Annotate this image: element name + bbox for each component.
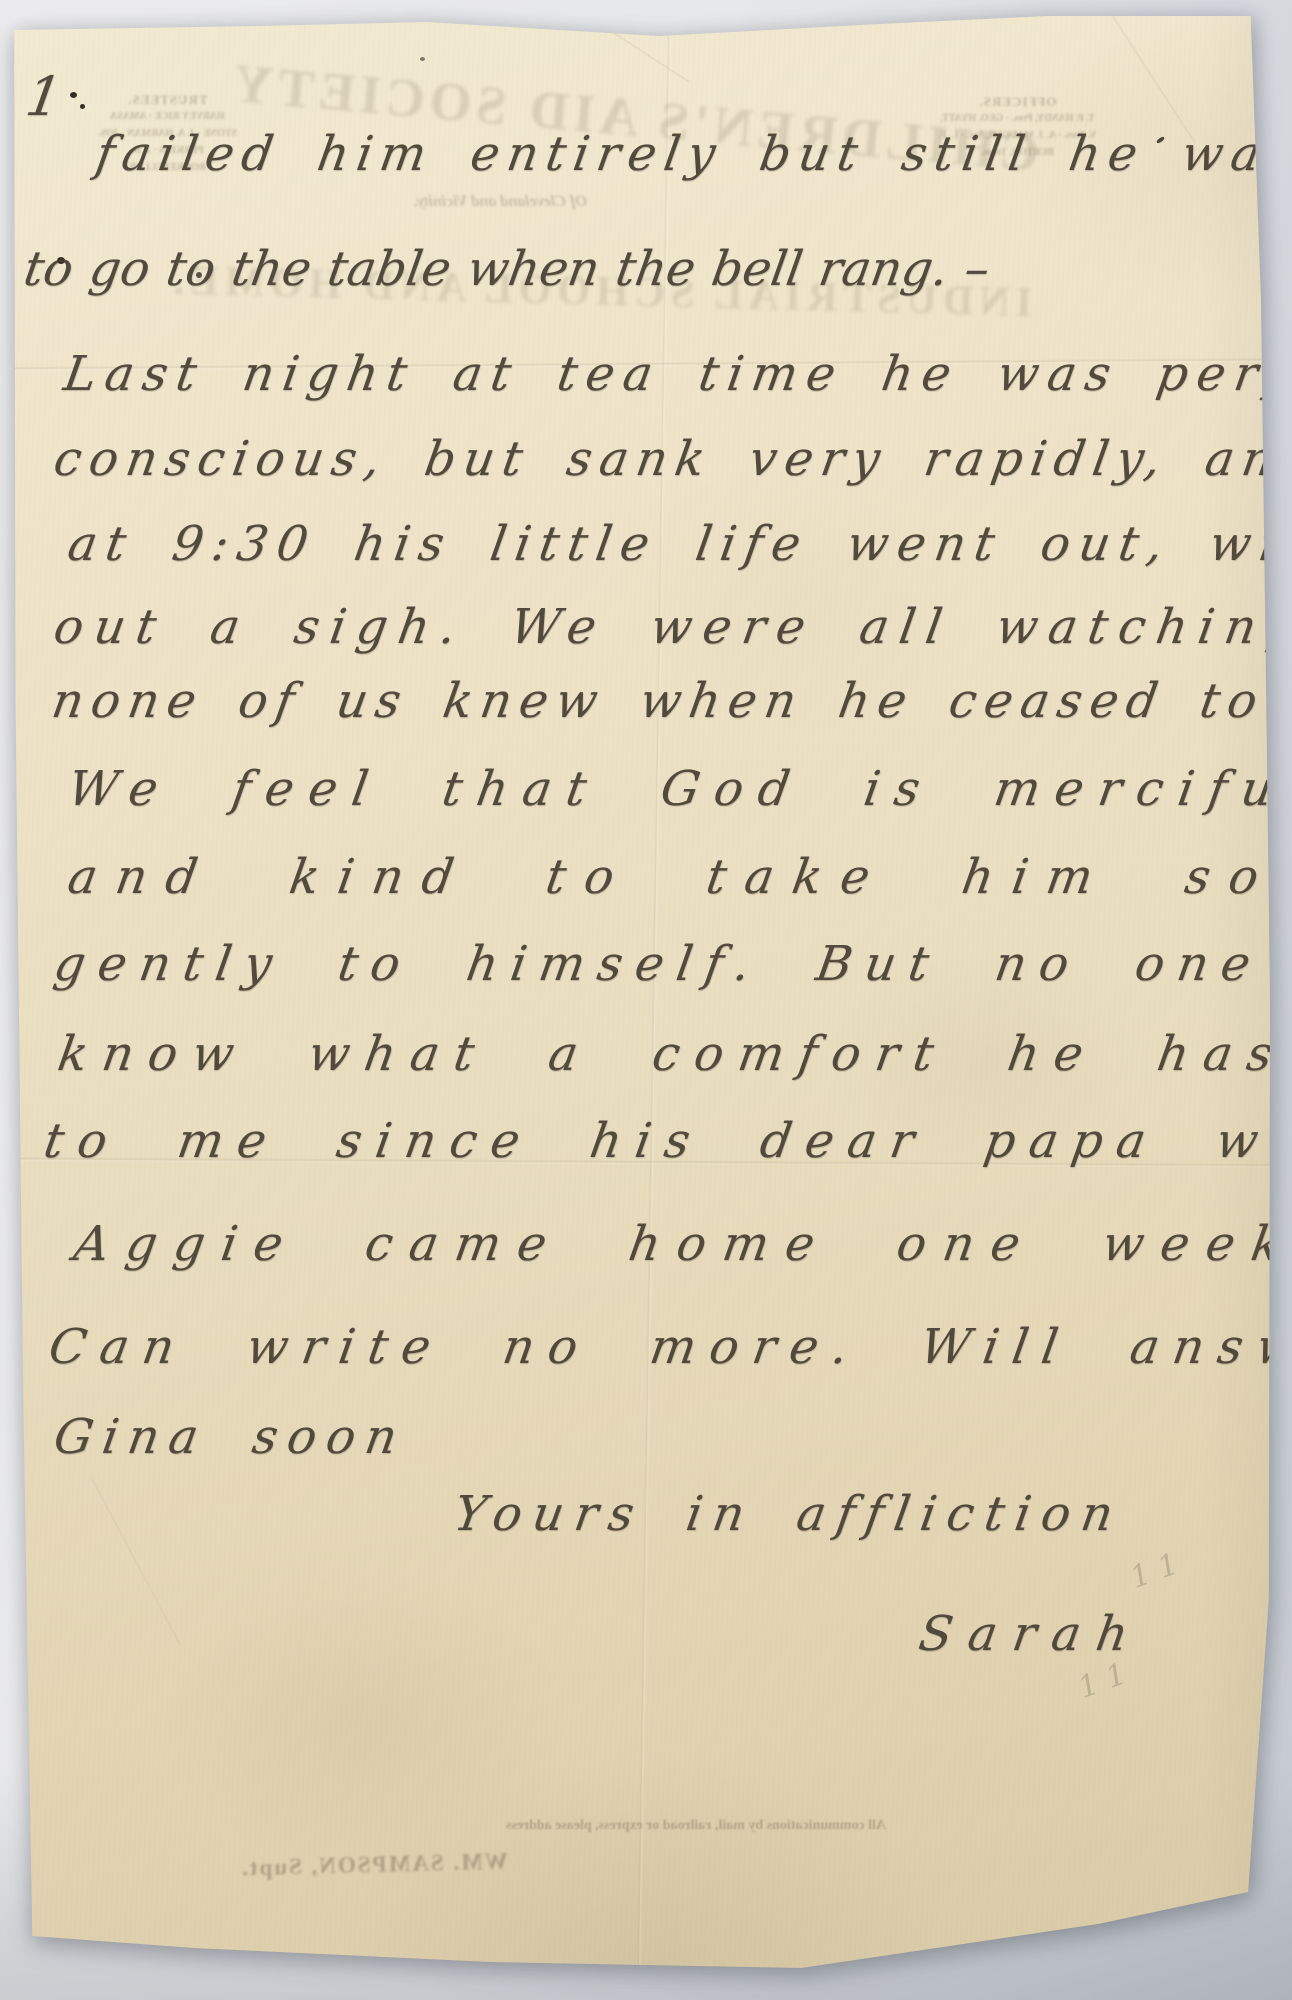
ink-speck [80,104,85,109]
handwriting-line: gently to himself. But no one can [50,935,1292,993]
handwriting-line: at 9:30 his little life went out, with- [64,515,1292,573]
handwriting-line: know what a comfort he has been [54,1025,1292,1083]
bleedthrough-officers-heading: OFFICERS. [935,94,1100,110]
handwriting-signature: Sarah [915,1605,1148,1663]
bleedthrough-footer-instruction: All communications by mail, railroad or … [478,1818,914,1834]
handwriting-line: Gina soon [50,1408,411,1466]
ink-speck [70,92,77,98]
handwriting-line: We feel that God is merciful [64,760,1292,818]
letter-paper: CHILDREN'S AID SOCIETY Of Cleveland and … [0,0,1292,2000]
handwriting-line: Last night at tea time he was perfectly [60,345,1292,403]
handwriting-line: conscious, but sank very rapidly, and [50,430,1292,488]
page-number-mark: 1 [22,68,66,126]
paper-shadow-wrap: CHILDREN'S AID SOCIETY Of Cleveland and … [0,0,1292,2000]
handwriting-line: to me since his dear papa went – [40,1112,1292,1170]
top-center-crease [587,16,689,84]
bleedthrough-footer-signature: WM. SAMPSON, Supt. [168,1847,581,1884]
pencil-mark: 11 [1126,1543,1193,1596]
ink-speck [420,57,425,61]
handwriting-line: and kind to take him so [64,848,1282,906]
handwriting-line: to go to the table when the bell rang. – [20,240,994,298]
handwriting-line: none of us knew when he ceased to breath… [48,672,1292,730]
handwriting-closing: Yours in affliction [450,1485,1128,1543]
bleedthrough-trustees-heading: TRUSTEES. [95,92,240,108]
bottom-left-crease [89,1477,181,1646]
photo-background: CHILDREN'S AID SOCIETY Of Cleveland and … [0,0,1292,2000]
bleedthrough-society-subtitle: Of Cleveland and Vicinity. [385,193,615,211]
handwriting-line: Can write no more. Will answer [45,1318,1292,1376]
handwriting-line: failed him entirely but still he wanted [92,125,1292,183]
handwriting-line: Aggie came home one week ago. [70,1215,1292,1273]
handwriting-line: out a sigh. We were all watching but [50,598,1292,656]
